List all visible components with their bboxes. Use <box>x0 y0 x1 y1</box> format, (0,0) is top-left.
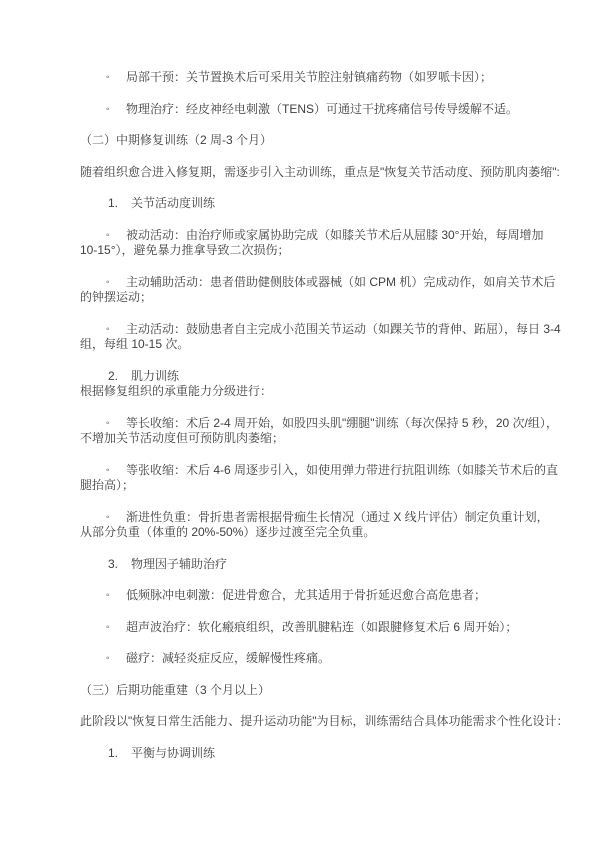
bullet-item: ◦ 被动活动：由治疗师或家属协助完成（如膝关节术后从屈膝 30°开始，每周增加 … <box>80 228 525 259</box>
bullet-icon: ◦ <box>106 275 110 291</box>
bullet-item: ◦ 主动活动：鼓励患者自主完成小范围关节运动（如踝关节的背伸、跖屈），每日 3-… <box>80 322 525 353</box>
text-line: 平衡与协调训练 <box>80 746 525 762</box>
list-number: 3. <box>108 557 118 573</box>
bullet-item: ◦ 超声波治疗：软化瘢痕组织，改善肌腱粘连（如跟腱修复术后 6 周开始）； <box>80 620 525 636</box>
section-heading: （二）中期修复训练（2 周-3 个月） <box>80 133 525 149</box>
text-line: 从部分负重（体重的 20%-50%）逐步过渡至完全负重。 <box>80 525 525 541</box>
text-line: （二）中期修复训练（2 周-3 个月） <box>80 133 525 149</box>
text-line: 组，每组 10-15 次。 <box>80 337 525 353</box>
text-line: 关节活动度训练 <box>80 196 525 212</box>
bullet-icon: ◦ <box>106 651 110 667</box>
text-line: 物理因子辅助治疗 <box>80 557 525 573</box>
text-line: 等张收缩：术后 4-6 周逐步引入，如使用弹力带进行抗阻训练（如膝关节术后的直 <box>80 463 525 479</box>
text-line: 肌力训练 <box>80 369 525 385</box>
bullet-icon: ◦ <box>106 463 110 479</box>
text-line: 腿抬高）； <box>80 478 525 494</box>
bullet-icon: ◦ <box>106 620 110 636</box>
numbered-item: 1. 关节活动度训练 <box>80 196 525 212</box>
paragraph: 根据修复组织的承重能力分级进行： <box>80 384 525 400</box>
text-line: 此阶段以"恢复日常生活能力、提升运动功能"为目标，训练需结合具体功能需求个性化设… <box>80 714 525 730</box>
text-line: 被动活动：由治疗师或家属协助完成（如膝关节术后从屈膝 30°开始，每周增加 <box>80 228 525 244</box>
list-number: 1. <box>108 746 118 762</box>
paragraph: 随着组织愈合进入修复期，需逐步引入主动训练，重点是"恢复关节活动度、预防肌肉萎缩… <box>80 165 525 181</box>
numbered-item: 1. 平衡与协调训练 <box>80 746 525 762</box>
text-line: 局部干预：关节置换术后可采用关节腔注射镇痛药物（如罗哌卡因）； <box>80 70 525 86</box>
text-line: 超声波治疗：软化瘢痕组织，改善肌腱粘连（如跟腱修复术后 6 周开始）； <box>80 620 525 636</box>
document-page: ◦ 局部干预：关节置换术后可采用关节腔注射镇痛药物（如罗哌卡因）； ◦ 物理治疗… <box>0 0 595 841</box>
list-number: 2. <box>108 369 118 385</box>
bullet-icon: ◦ <box>106 102 110 118</box>
list-number: 1. <box>108 196 118 212</box>
text-line: 随着组织愈合进入修复期，需逐步引入主动训练，重点是"恢复关节活动度、预防肌肉萎缩… <box>80 165 525 181</box>
numbered-item: 2. 肌力训练 <box>80 369 525 385</box>
text-line: 等长收缩：术后 2-4 周开始，如股四头肌"绷腿"训练（每次保持 5 秒，20 … <box>80 416 525 432</box>
bullet-icon: ◦ <box>106 588 110 604</box>
text-line: 主动辅助活动：患者借助健侧肢体或器械（如 CPM 机）完成动作，如肩关节术后 <box>80 275 525 291</box>
bullet-item: ◦ 渐进性负重：骨折患者需根据骨痂生长情况（通过 X 线片评估）制定负重计划， … <box>80 510 525 541</box>
bullet-item: ◦ 等张收缩：术后 4-6 周逐步引入，如使用弹力带进行抗阻训练（如膝关节术后的… <box>80 463 525 494</box>
numbered-item: 3. 物理因子辅助治疗 <box>80 557 525 573</box>
bullet-icon: ◦ <box>106 70 110 86</box>
text-line: 磁疗：减轻炎症反应，缓解慢性疼痛。 <box>80 651 525 667</box>
text-line: 物理治疗：经皮神经电刺激（TENS）可通过干扰疼痛信号传导缓解不适。 <box>80 102 525 118</box>
bullet-item: ◦ 低频脉冲电刺激：促进骨愈合，尤其适用于骨折延迟愈合高危患者； <box>80 588 525 604</box>
bullet-item: ◦ 物理治疗：经皮神经电刺激（TENS）可通过干扰疼痛信号传导缓解不适。 <box>80 102 525 118</box>
text-line: 不增加关节活动度但可预防肌肉萎缩； <box>80 431 525 447</box>
text-line: 的钟摆运动； <box>80 290 525 306</box>
bullet-item: ◦ 主动辅助活动：患者借助健侧肢体或器械（如 CPM 机）完成动作，如肩关节术后… <box>80 275 525 306</box>
section-heading: （三）后期功能重建（3 个月以上） <box>80 683 525 699</box>
bullet-icon: ◦ <box>106 510 110 526</box>
document-content: ◦ 局部干预：关节置换术后可采用关节腔注射镇痛药物（如罗哌卡因）； ◦ 物理治疗… <box>80 70 525 777</box>
text-line: 10-15°），避免暴力推拿导致二次损伤； <box>80 243 525 259</box>
paragraph: 此阶段以"恢复日常生活能力、提升运动功能"为目标，训练需结合具体功能需求个性化设… <box>80 714 525 730</box>
bullet-item: ◦ 磁疗：减轻炎症反应，缓解慢性疼痛。 <box>80 651 525 667</box>
bullet-icon: ◦ <box>106 322 110 338</box>
bullet-icon: ◦ <box>106 416 110 432</box>
text-line: 低频脉冲电刺激：促进骨愈合，尤其适用于骨折延迟愈合高危患者； <box>80 588 525 604</box>
text-line: 主动活动：鼓励患者自主完成小范围关节运动（如踝关节的背伸、跖屈），每日 3-4 <box>80 322 525 338</box>
text-line: 渐进性负重：骨折患者需根据骨痂生长情况（通过 X 线片评估）制定负重计划， <box>80 510 525 526</box>
bullet-icon: ◦ <box>106 228 110 244</box>
text-line: 根据修复组织的承重能力分级进行： <box>80 384 525 400</box>
bullet-item: ◦ 局部干预：关节置换术后可采用关节腔注射镇痛药物（如罗哌卡因）； <box>80 70 525 86</box>
bullet-item: ◦ 等长收缩：术后 2-4 周开始，如股四头肌"绷腿"训练（每次保持 5 秒，2… <box>80 416 525 447</box>
text-line: （三）后期功能重建（3 个月以上） <box>80 683 525 699</box>
